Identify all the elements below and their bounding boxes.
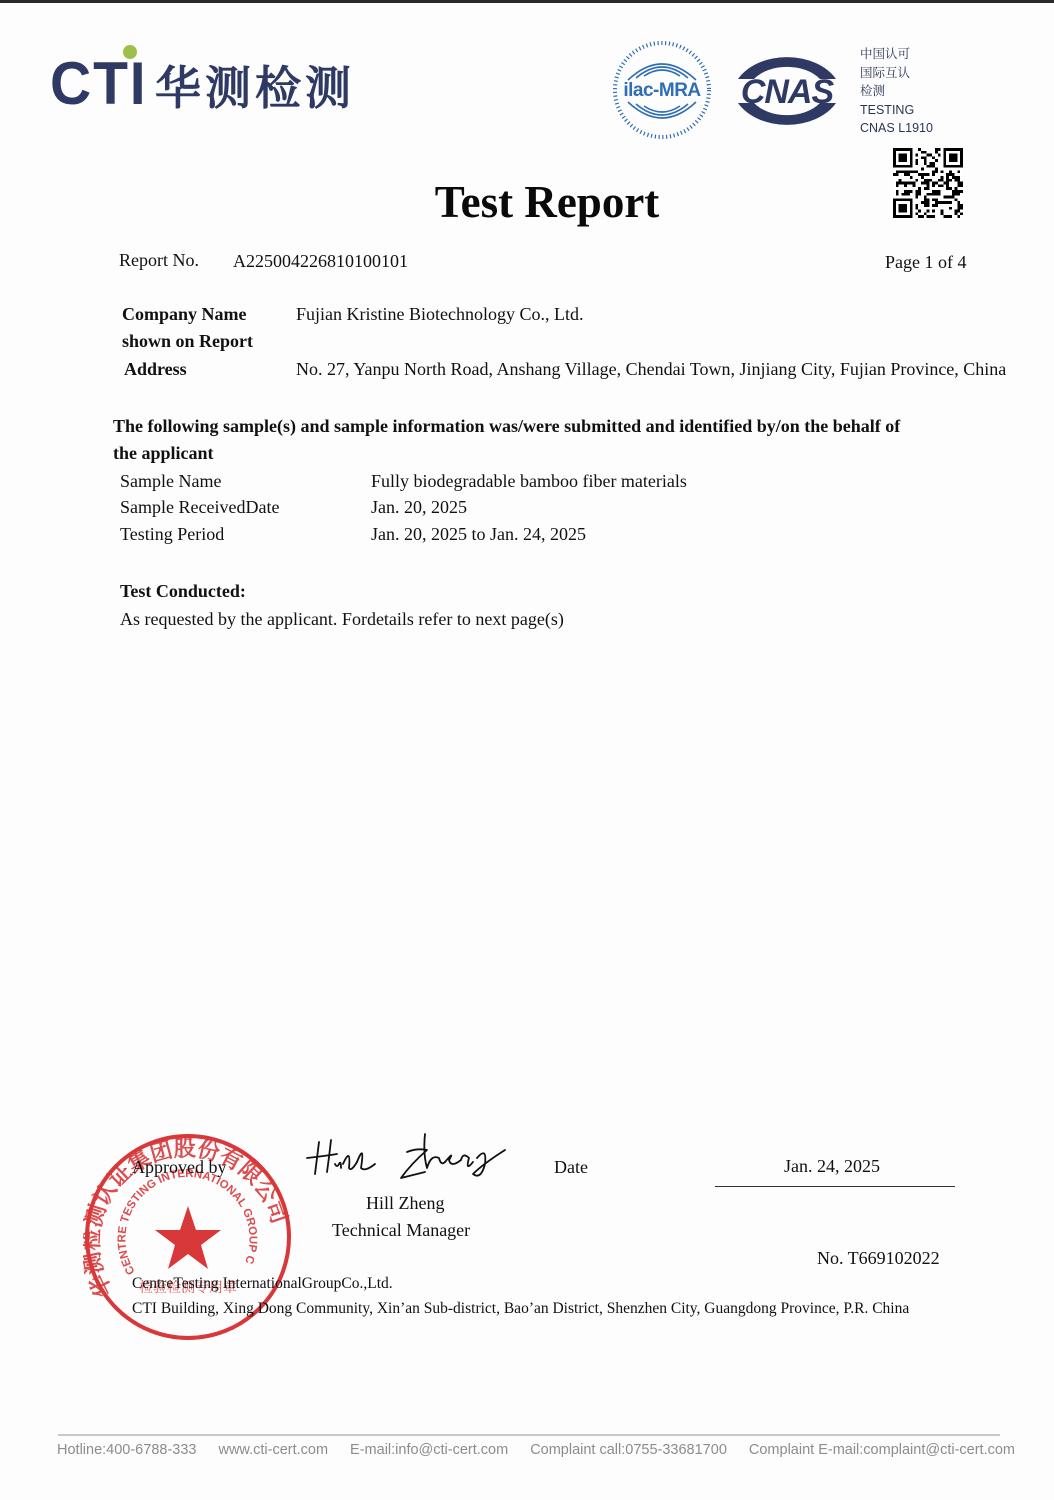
svg-text:CNAS: CNAS [741, 73, 835, 111]
sample-intro-2: the applicant [113, 442, 214, 464]
certificate-number: No. T669102022 [817, 1247, 940, 1269]
sample-name-value: Fully biodegradable bamboo fiber materia… [371, 470, 687, 492]
footer-complaint-call: Complaint call:0755-33681700 [530, 1442, 727, 1458]
cti-logo-text: CTI [50, 54, 148, 114]
report-number-value: A225004226810100101 [233, 250, 408, 272]
date-label: Date [554, 1156, 588, 1178]
testing-period-label: Testing Period [120, 523, 224, 545]
sample-received-label: Sample ReceivedDate [120, 496, 279, 518]
cti-logo-dot [123, 45, 137, 59]
company-name-label-2: shown on Report [122, 330, 253, 352]
accreditation-line: 中国认可 [860, 45, 933, 64]
signature-icon [305, 1128, 510, 1183]
ilac-mra-logo-icon: ilac-MRA [610, 40, 714, 140]
signer-name: Hill Zheng [366, 1192, 445, 1214]
sample-intro: The following sample(s) and sample infor… [113, 415, 900, 437]
approved-by-label: Approved by [132, 1156, 226, 1178]
test-conducted-text: As requested by the applicant. Fordetail… [120, 608, 564, 630]
footer-hotline: Hotline:400-6788-333 [57, 1442, 196, 1458]
company-name-label: Company Name [122, 303, 247, 325]
sample-name-label: Sample Name [120, 470, 221, 492]
window-top-border [0, 0, 1054, 3]
testing-period-value: Jan. 20, 2025 to Jan. 24, 2025 [371, 523, 586, 545]
accreditation-text: 中国认可 国际互认 检测 TESTING CNAS L1910 [860, 45, 933, 138]
footer-contacts: Hotline:400-6788-333 www.cti-cert.com E-… [57, 1442, 1007, 1458]
accreditation-line: CNAS L1910 [860, 119, 933, 138]
accreditation-line: 检测 [860, 82, 933, 101]
test-conducted-heading: Test Conducted: [120, 580, 246, 602]
svg-text:ilac-MRA: ilac-MRA [623, 80, 701, 101]
footer-divider [58, 1434, 1000, 1436]
footer-email-link[interactable]: E-mail:info@cti-cert.com [350, 1442, 508, 1458]
page-title: Test Report [0, 176, 1054, 228]
report-number-label: Report No. [119, 249, 199, 271]
date-value: Jan. 24, 2025 [784, 1155, 880, 1177]
cti-logo-chinese: 华测检测 [155, 60, 355, 116]
accreditation-line: 国际互认 [860, 64, 933, 83]
issuer-address: CTI Building, Xing Dong Community, Xin’a… [132, 1300, 909, 1318]
signer-title: Technical Manager [332, 1219, 470, 1241]
address-value: No. 27, Yanpu North Road, Anshang Villag… [296, 358, 1006, 380]
accreditation-line: TESTING [860, 101, 933, 120]
sample-received-value: Jan. 20, 2025 [371, 496, 467, 518]
issuer-company: CentreTesting InternationalGroupCo.,Ltd. [132, 1275, 393, 1293]
footer-complaint-email-link[interactable]: Complaint E-mail:complaint@cti-cert.com [749, 1442, 1015, 1458]
company-name-value: Fujian Kristine Biotechnology Co., Ltd. [296, 303, 583, 325]
footer-website-link[interactable]: www.cti-cert.com [218, 1442, 328, 1458]
address-label: Address [124, 358, 187, 380]
date-underline [715, 1186, 955, 1187]
cnas-logo-icon: CNAS [728, 45, 846, 137]
page-indicator: Page 1 of 4 [885, 251, 966, 273]
